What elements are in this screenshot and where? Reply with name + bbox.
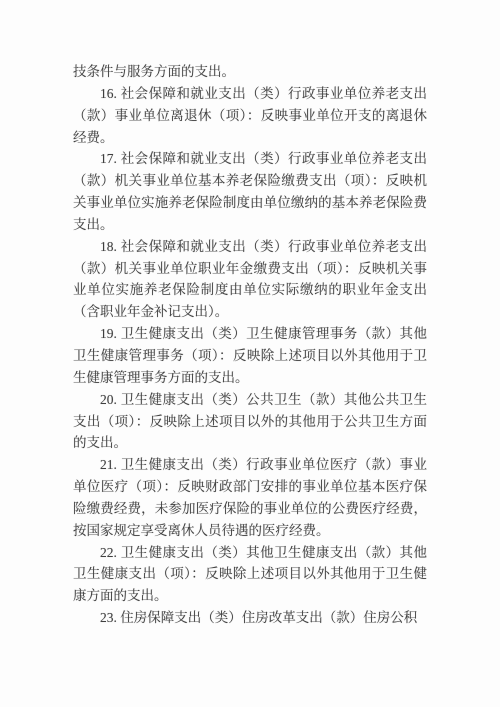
paragraph-item-23: 23. 住房保障支出（类）住房改革支出（款）住房公积 bbox=[73, 607, 427, 629]
paragraph-item-22: 22. 卫生健康支出（类）其他卫生健康支出（款）其他卫生健康支出（项）：反映除上… bbox=[73, 542, 427, 608]
paragraph-continuation: 技条件与服务方面的支出。 bbox=[73, 61, 427, 83]
paragraph-item-19: 19. 卫生健康支出（类）卫生健康管理事务（款）其他卫生健康管理事务（项）：反映… bbox=[73, 323, 427, 389]
paragraph-item-16: 16. 社会保障和就业支出（类）行政事业单位养老支出（款）事业单位离退休（项）：… bbox=[73, 83, 427, 149]
scanned-document-page: 技条件与服务方面的支出。 16. 社会保障和就业支出（类）行政事业单位养老支出（… bbox=[0, 0, 500, 707]
paragraph-item-18: 18. 社会保障和就业支出（类）行政事业单位养老支出（款）机关事业单位职业年金缴… bbox=[73, 236, 427, 323]
paragraph-item-21: 21. 卫生健康支出（类）行政事业单位医疗（款）事业单位医疗（项）：反映财政部门… bbox=[73, 454, 427, 541]
paragraph-item-20: 20. 卫生健康支出（类）公共卫生（款）其他公共卫生支出（项）：反映除上述项目以… bbox=[73, 389, 427, 455]
paragraph-item-17: 17. 社会保障和就业支出（类）行政事业单位养老支出（款）机关事业单位基本养老保… bbox=[73, 148, 427, 235]
